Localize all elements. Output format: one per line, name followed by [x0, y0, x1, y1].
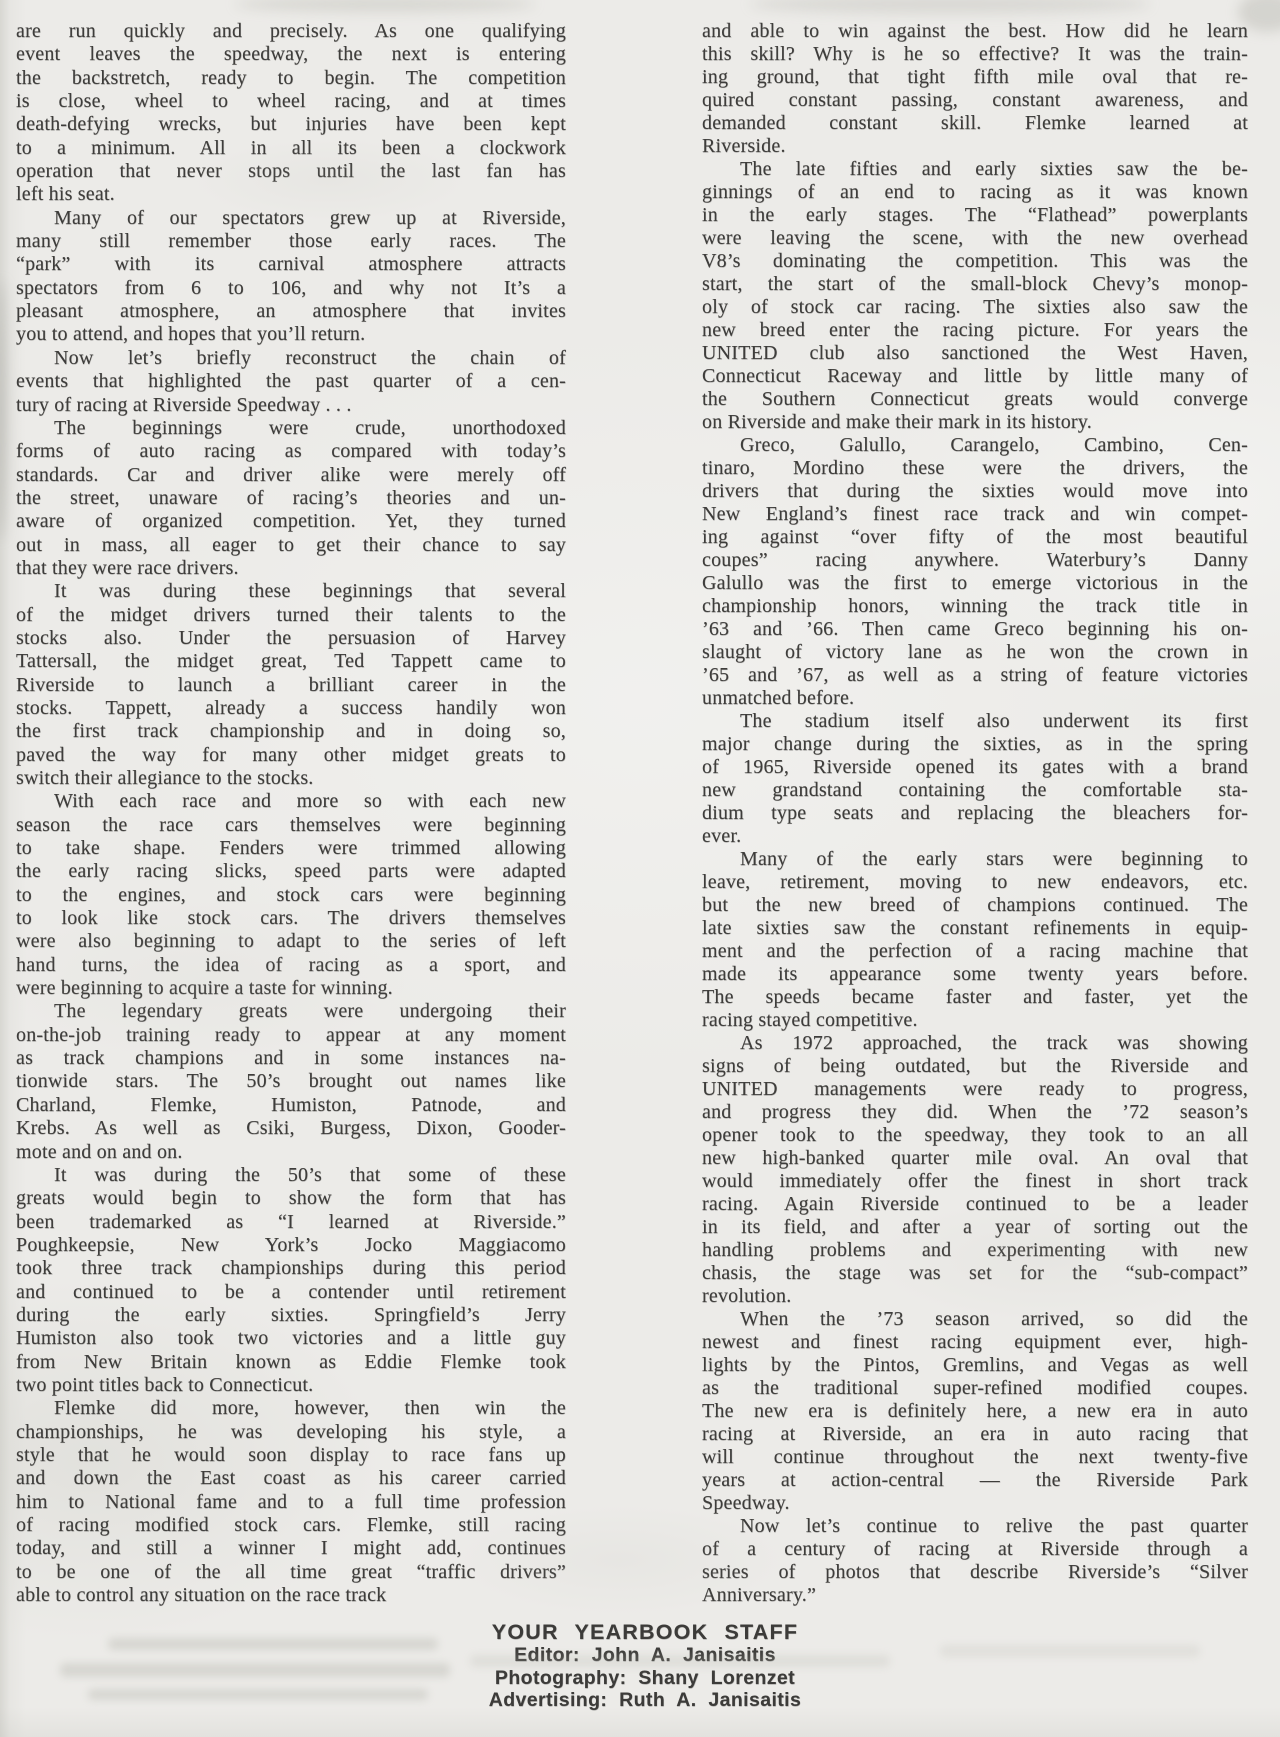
text-line: took three track championships during th… — [16, 1257, 566, 1280]
text-line: racing. Again Riverside continued to be … — [702, 1193, 1248, 1216]
text-line: is close, wheel to wheel racing, and at … — [16, 90, 566, 113]
text-line: Now let’s continue to relive the past qu… — [702, 1515, 1248, 1538]
text-line: ’65 and ’67, as well as a string of feat… — [702, 664, 1248, 687]
scan-smudge — [750, 0, 1150, 14]
text-line: As 1972 approached, the track was showin… — [702, 1032, 1248, 1055]
text-line: The speeds became faster and faster, yet… — [702, 986, 1248, 1009]
text-line: out in mass, all eager to get their chan… — [16, 534, 566, 557]
scan-smudge — [235, 0, 535, 12]
text-line: of the midget drivers turned their talen… — [16, 604, 566, 627]
text-line: pleasant atmosphere, an atmosphere that … — [16, 300, 566, 323]
text-line: chasis, the stage was set for the “sub-c… — [702, 1262, 1248, 1285]
text-line: to be one of the all time great “traffic… — [16, 1561, 566, 1584]
text-line: Greco, Galullo, Carangelo, Cambino, Cen- — [702, 434, 1248, 457]
text-line: Riverside. — [702, 135, 1248, 158]
text-line: demanded constant skill. Flemke learned … — [702, 112, 1248, 135]
text-line: in the early stages. The “Flathead” powe… — [702, 204, 1248, 227]
text-line: newest and finest racing equipment ever,… — [702, 1331, 1248, 1354]
text-line: that they were race drivers. — [16, 557, 566, 580]
text-line: and able to win against the best. How di… — [702, 20, 1248, 43]
text-line: the first track championship and in doin… — [16, 720, 566, 743]
text-line: switch their allegiance to the stocks. — [16, 767, 566, 790]
text-line: unmatched before. — [702, 687, 1248, 710]
text-line: ginnings of an end to racing as it was k… — [702, 181, 1248, 204]
text-line: Humiston also took two victories and a l… — [16, 1327, 566, 1350]
text-line: tinaro, Mordino these were the drivers, … — [702, 457, 1248, 480]
scanned-yearbook-page: are run quickly and precisely. As one qu… — [0, 0, 1280, 1737]
text-line: Flemke did more, however, then win the — [16, 1397, 566, 1420]
text-line: tionwide stars. The 50’s brought out nam… — [16, 1070, 566, 1093]
text-line: The new era is definitely here, a new er… — [702, 1400, 1248, 1423]
text-line: Charland, Flemke, Humiston, Patnode, and — [16, 1094, 566, 1117]
text-line: ing against “over fifty of the most beau… — [702, 526, 1248, 549]
text-line: quired constant passing, constant awaren… — [702, 89, 1248, 112]
text-line: ever. — [702, 825, 1248, 848]
text-line: you to attend, and hopes that you’ll ret… — [16, 323, 566, 346]
text-line: Now let’s briefly reconstruct the chain … — [16, 347, 566, 370]
text-line: oly of stock car racing. The sixties als… — [702, 296, 1248, 319]
text-line: left his seat. — [16, 183, 566, 206]
text-line: racing stayed competitive. — [702, 1009, 1248, 1032]
text-line: events that highlighted the past quarter… — [16, 370, 566, 393]
text-line: to take shape. Fenders were trimmed allo… — [16, 837, 566, 860]
text-line: start, the start of the small-block Chev… — [702, 273, 1248, 296]
text-line: V8’s dominating the competition. This wa… — [702, 250, 1248, 273]
text-line: stocks also. Under the persuasion of Har… — [16, 627, 566, 650]
text-line: New England’s finest race track and win … — [702, 503, 1248, 526]
text-line: style that he would soon display to race… — [16, 1444, 566, 1467]
text-line: as track champions and in some instances… — [16, 1047, 566, 1070]
yearbook-staff-block: YOUR YEARBOOK STAFF Editor: John A. Jani… — [0, 1620, 1280, 1712]
text-line: aware of organized competition. Yet, the… — [16, 510, 566, 533]
text-line: series of photos that describe Riverside… — [702, 1561, 1248, 1584]
text-line: The legendary greats were undergoing the… — [16, 1000, 566, 1023]
text-line: The stadium itself also underwent its fi… — [702, 710, 1248, 733]
text-line: dium type seats and replacing the bleach… — [702, 802, 1248, 825]
text-line: many still remember those early races. T… — [16, 230, 566, 253]
text-line: season the race cars themselves were beg… — [16, 814, 566, 837]
text-line: When the ’73 season arrived, so did the — [702, 1308, 1248, 1331]
text-line: handling problems and experimenting with… — [702, 1239, 1248, 1262]
scan-smudge — [0, 280, 8, 540]
text-line: event leaves the speedway, the next is e… — [16, 43, 566, 66]
text-line: signs of being outdated, but the Riversi… — [702, 1055, 1248, 1078]
text-line: were leaving the scene, with the new ove… — [702, 227, 1248, 250]
text-line: paved the way for many other midget grea… — [16, 744, 566, 767]
text-line: new breed enter the racing picture. For … — [702, 319, 1248, 342]
text-line: two point titles back to Connecticut. — [16, 1374, 566, 1397]
text-line: The beginnings were crude, unorthodoxed — [16, 417, 566, 440]
text-line: leave, retirement, moving to new endeavo… — [702, 871, 1248, 894]
left-text-column: are run quickly and precisely. As one qu… — [16, 20, 566, 1607]
text-line: and down the East coast as his career ca… — [16, 1467, 566, 1490]
text-line: from New Britain known as Eddie Flemke t… — [16, 1351, 566, 1374]
text-line: are run quickly and precisely. As one qu… — [16, 20, 566, 43]
text-line: to a minimum. All in all its been a cloc… — [16, 137, 566, 160]
text-line: to the engines, and stock cars were begi… — [16, 884, 566, 907]
text-line: Poughkeepsie, New York’s Jocko Maggiacom… — [16, 1234, 566, 1257]
text-line: will continue throughout the next twenty… — [702, 1446, 1248, 1469]
text-line: but the new breed of champions continued… — [702, 894, 1248, 917]
text-line: Galullo was the first to emerge victorio… — [702, 572, 1248, 595]
text-line: standards. Car and driver alike were mer… — [16, 464, 566, 487]
text-line: today, and still a winner I might add, c… — [16, 1537, 566, 1560]
text-line: racing at Riverside, an era in auto raci… — [702, 1423, 1248, 1446]
text-line: forms of auto racing as compared with to… — [16, 440, 566, 463]
right-text-column: and able to win against the best. How di… — [702, 20, 1248, 1607]
text-line: the backstretch, ready to begin. The com… — [16, 67, 566, 90]
text-line: spectators from 6 to 106, and why not It… — [16, 277, 566, 300]
text-line: the early racing slicks, speed parts wer… — [16, 860, 566, 883]
text-line: UNITED club also sanctioned the West Hav… — [702, 342, 1248, 365]
text-line: hand turns, the idea of racing as a spor… — [16, 954, 566, 977]
text-line: new high-banked quarter mile oval. An ov… — [702, 1147, 1248, 1170]
staff-credit-line: Editor: John A. Janisaitis — [0, 1644, 1280, 1667]
text-line: Tattersall, the midget great, Ted Tappet… — [16, 650, 566, 673]
text-line: would immediately offer the finest in sh… — [702, 1170, 1248, 1193]
text-line: late sixties saw the constant refinement… — [702, 917, 1248, 940]
text-line: made its appearance some twenty years be… — [702, 963, 1248, 986]
text-line: death-defying wrecks, but injuries have … — [16, 113, 566, 136]
text-line: lights by the Pintos, Gremlins, and Vega… — [702, 1354, 1248, 1377]
text-line: operation that never stops until the las… — [16, 160, 566, 183]
text-line: slaught of victory lane as he won the cr… — [702, 641, 1248, 664]
text-line: during the early sixties. Springfield’s … — [16, 1304, 566, 1327]
text-line: opener took to the speedway, they took t… — [702, 1124, 1248, 1147]
text-line: “park” with its carnival atmosphere attr… — [16, 253, 566, 276]
text-line: The late fifties and early sixties saw t… — [702, 158, 1248, 181]
text-line: ing ground, that tight fifth mile oval t… — [702, 66, 1248, 89]
staff-heading: YOUR YEARBOOK STAFF — [0, 1620, 1280, 1644]
text-line: With each race and more so with each new — [16, 790, 566, 813]
text-line: the Southern Connecticut greats would co… — [702, 388, 1248, 411]
text-line: Anniversary.” — [702, 1584, 1248, 1607]
text-line: on-the-job training ready to appear at a… — [16, 1024, 566, 1047]
staff-credit-line: Photography: Shany Lorenzet — [0, 1667, 1280, 1690]
text-line: been trademarked as “I learned at Rivers… — [16, 1211, 566, 1234]
text-line: major change during the sixties, as in t… — [702, 733, 1248, 756]
text-line: revolution. — [702, 1285, 1248, 1308]
text-line: of racing modified stock cars. Flemke, s… — [16, 1514, 566, 1537]
text-line: on Riverside and make their mark in its … — [702, 411, 1248, 434]
text-line: championship honors, winning the track t… — [702, 595, 1248, 618]
text-line: Krebs. As well as Csiki, Burgess, Dixon,… — [16, 1117, 566, 1140]
text-line: of a century of racing at Riverside thro… — [702, 1538, 1248, 1561]
text-line: as the traditional super-refined modifie… — [702, 1377, 1248, 1400]
text-line: tury of racing at Riverside Speedway . .… — [16, 394, 566, 417]
text-line: Riverside to launch a brilliant career i… — [16, 674, 566, 697]
text-line: UNITED managements were ready to progres… — [702, 1078, 1248, 1101]
staff-credits: Editor: John A. JanisaitisPhotography: S… — [0, 1644, 1280, 1712]
text-line: Many of our spectators grew up at Rivers… — [16, 207, 566, 230]
text-line: to look like stock cars. The drivers the… — [16, 907, 566, 930]
text-line: ’63 and ’66. Then came Greco beginning h… — [702, 618, 1248, 641]
text-line: new grandstand containing the comfortabl… — [702, 779, 1248, 802]
text-line: the street, unaware of racing’s theories… — [16, 487, 566, 510]
text-line: It was during these beginnings that seve… — [16, 580, 566, 603]
text-line: stocks. Tappett, already a success handi… — [16, 697, 566, 720]
text-line: and continued to be a contender until re… — [16, 1281, 566, 1304]
text-line: able to control any situation on the rac… — [16, 1584, 566, 1607]
text-line: Many of the early stars were beginning t… — [702, 848, 1248, 871]
text-line: were also beginning to adapt to the seri… — [16, 930, 566, 953]
text-line: ment and the perfection of a racing mach… — [702, 940, 1248, 963]
text-line: years at action-central — the Riverside … — [702, 1469, 1248, 1492]
text-line: Speedway. — [702, 1492, 1248, 1515]
text-line: coupes” racing anywhere. Waterbury’s Dan… — [702, 549, 1248, 572]
staff-credit-line: Advertising: Ruth A. Janisaitis — [0, 1689, 1280, 1712]
text-line: of 1965, Riverside opened its gates with… — [702, 756, 1248, 779]
text-line: were beginning to acquire a taste for wi… — [16, 977, 566, 1000]
text-line: drivers that during the sixties would mo… — [702, 480, 1248, 503]
text-line: Connecticut Raceway and little by little… — [702, 365, 1248, 388]
text-line: championships, he was developing his sty… — [16, 1421, 566, 1444]
text-line: greats would begin to show the form that… — [16, 1187, 566, 1210]
text-line: and progress they did. When the ’72 seas… — [702, 1101, 1248, 1124]
text-line: in its field, and after a year of sortin… — [702, 1216, 1248, 1239]
text-line: It was during the 50’s that some of thes… — [16, 1164, 566, 1187]
text-line: this skill? Why is he so effective? It w… — [702, 43, 1248, 66]
text-line: him to National fame and to a full time … — [16, 1491, 566, 1514]
text-line: mote and on and on. — [16, 1141, 566, 1164]
